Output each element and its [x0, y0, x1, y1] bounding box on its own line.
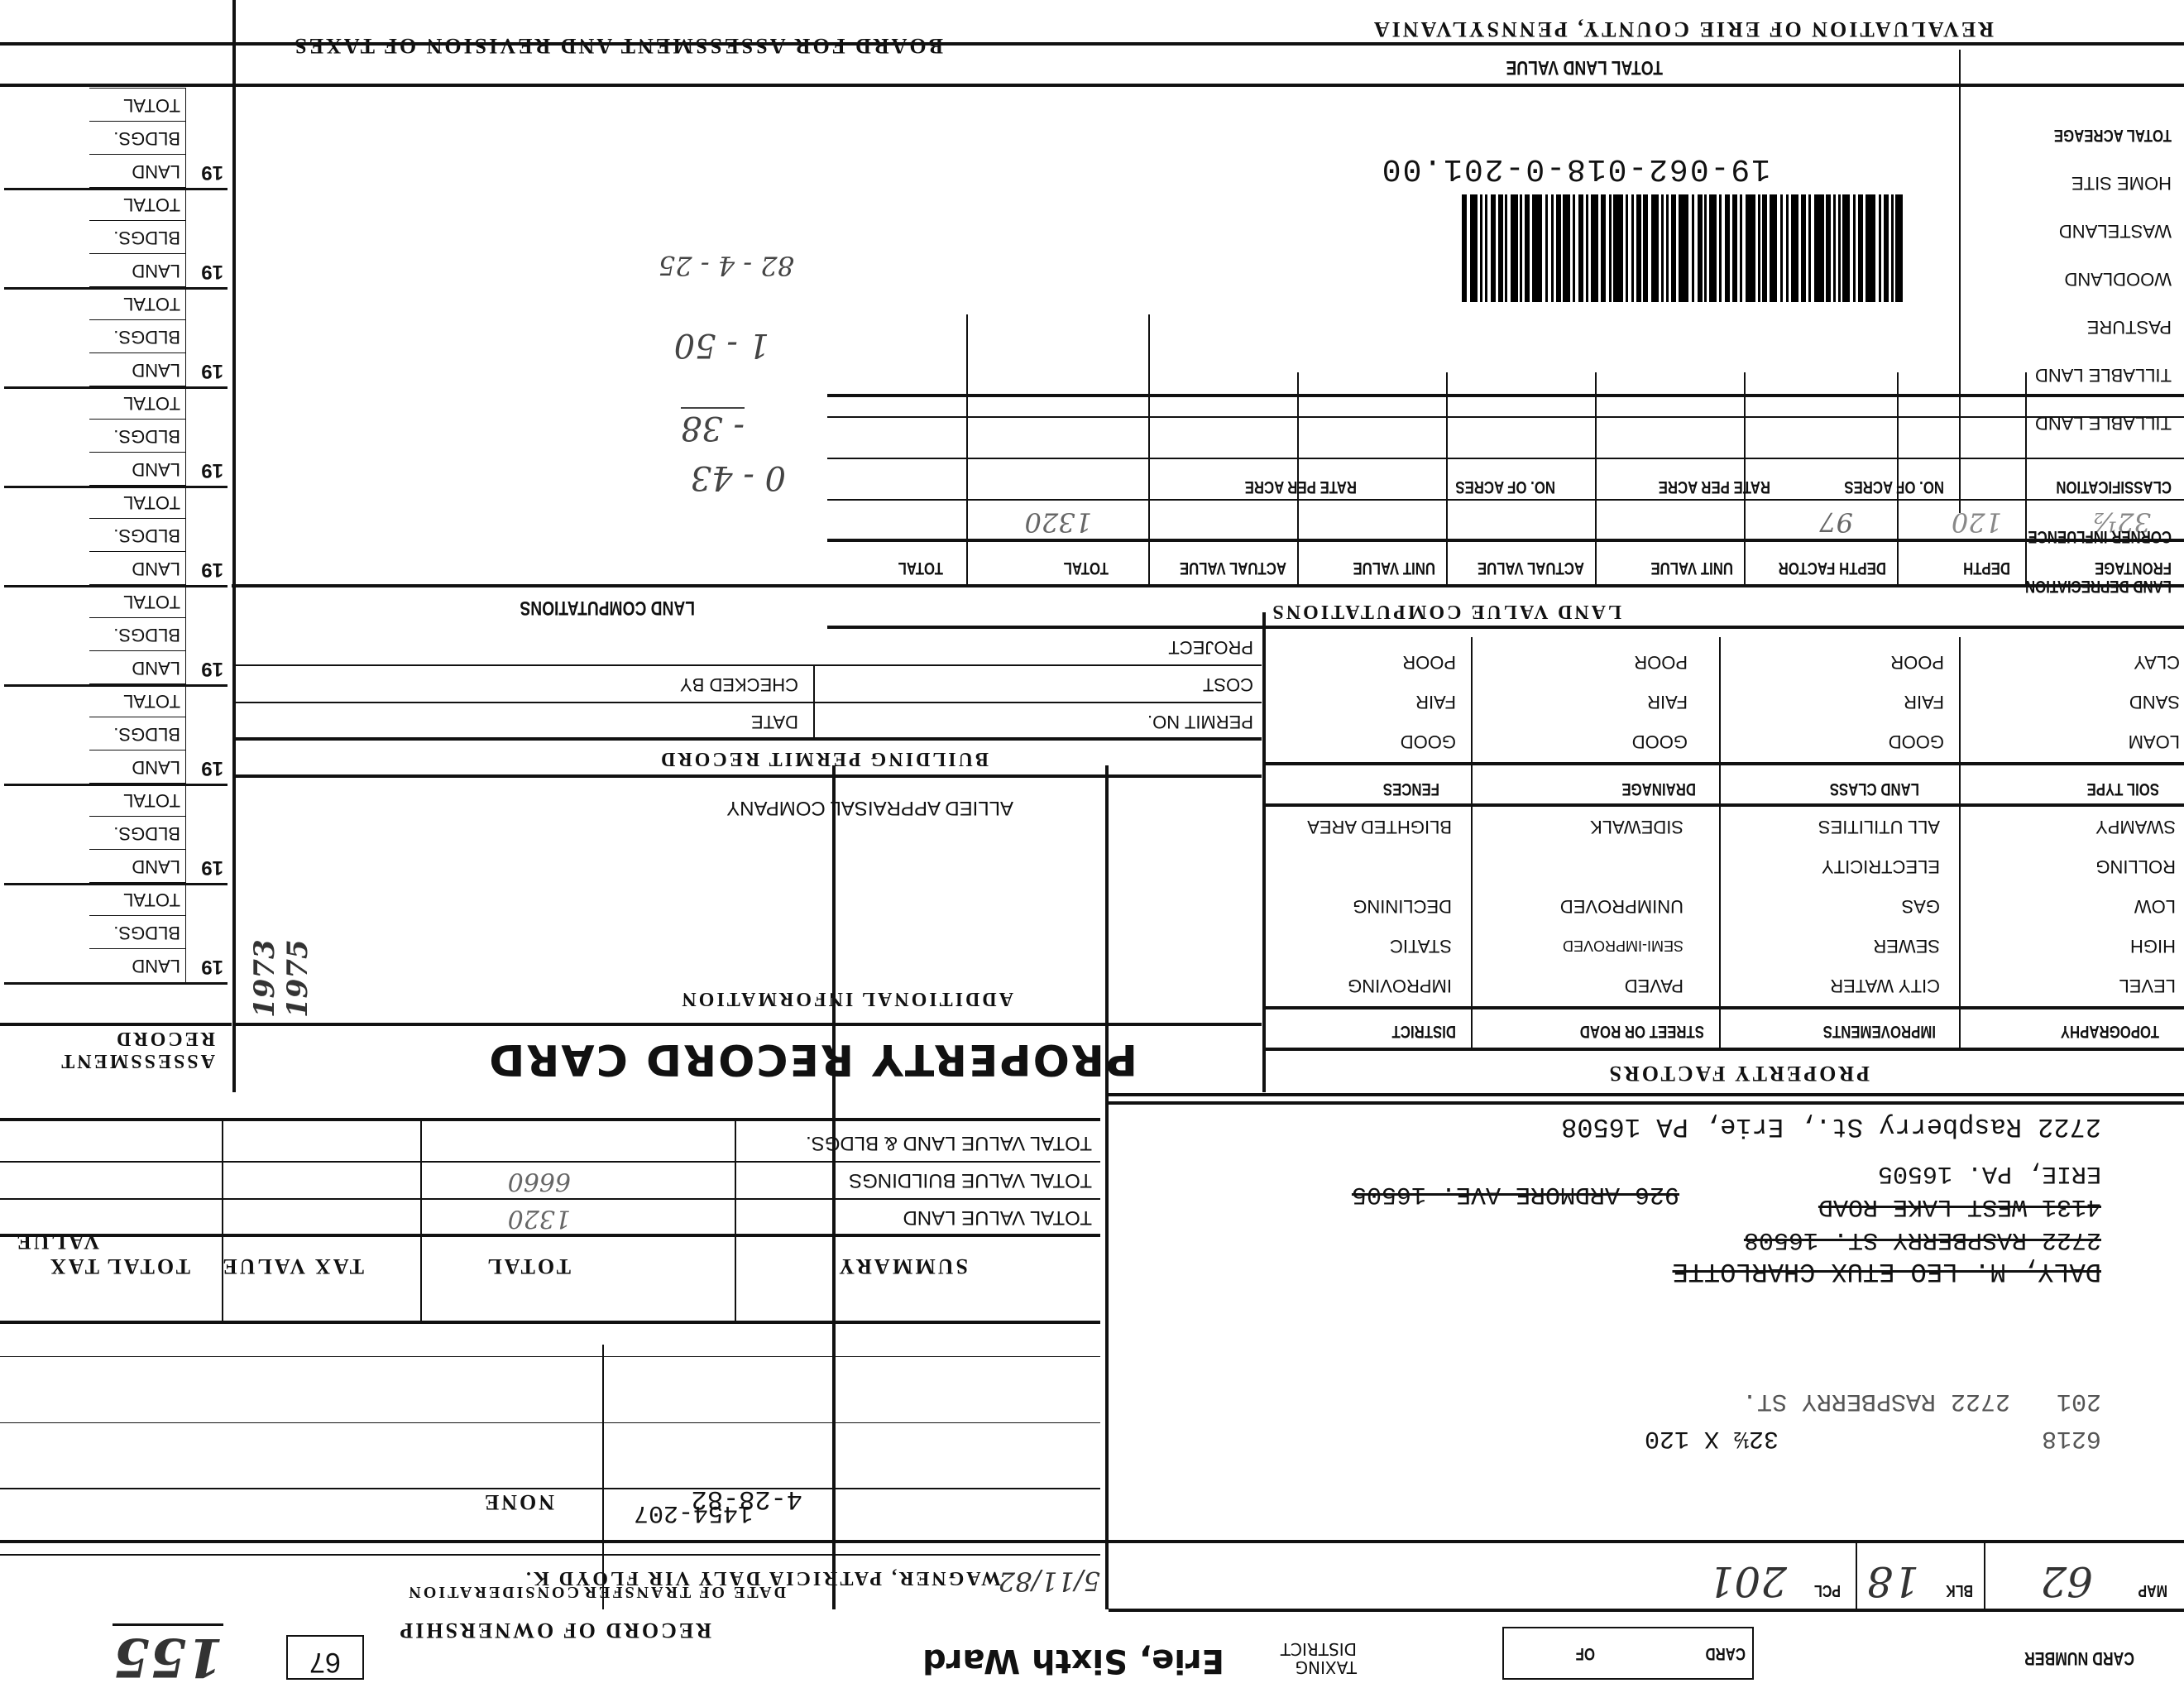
barcode-bar [1666, 194, 1669, 302]
assessment-row-label: LAND [89, 650, 186, 684]
pcl-value: 201 [1708, 1557, 1787, 1605]
taxing-district-value: Erie, Sixth Ward [922, 1642, 1224, 1680]
assessment-row-label: LAND [89, 551, 186, 585]
barcode-bar [1525, 194, 1530, 302]
barcode-bar [1833, 194, 1836, 302]
assessment-year-group: 19LANDBLDGS.TOTAL [4, 287, 227, 389]
assessment-row-label: LAND [89, 352, 186, 386]
barcode-bar [1709, 194, 1717, 302]
assessment-row-label: TOTAL [89, 783, 186, 817]
assessment-year-group: 19LANDBLDGS.TOTAL [4, 188, 227, 290]
card-number-label: CARD NUMBER [1997, 1649, 2134, 1667]
barcode-bar [1780, 194, 1783, 302]
barcode-bar [1520, 194, 1522, 302]
assessment-year-group: 19LANDBLDGS.TOTAL [4, 784, 227, 885]
assessment-row-label: TOTAL [89, 286, 186, 320]
land-computations: LAND COMPUTATIONS 0 - 43 - 38 1 - 50 82 … [232, 17, 827, 629]
owner-name-struck: DALY, M. LEO ETUX CHARLOTTE [1673, 1256, 2101, 1287]
summary-row-buildings: TOTAL VALUE BUILDINGS [849, 1168, 1092, 1192]
barcode-bar [1884, 194, 1889, 302]
barcode-bar [1586, 194, 1588, 302]
barcode-bar [1895, 194, 1903, 302]
barcode-bar [1853, 194, 1856, 302]
center-block: PROPERTY RECORD CARD ADDITIONAL INFORMAT… [236, 612, 1262, 1092]
assessment-year-group: 19LANDBLDGS.TOTAL [4, 386, 227, 488]
assessment-year-group: 19LANDBLDGS.TOTAL [4, 486, 227, 587]
barcode-bar [1814, 194, 1824, 302]
year-prefix: 19 [201, 558, 223, 581]
acreage-labels: TILLABLE LAND TILLABLE LAND PASTURE WOOD… [2024, 111, 2172, 447]
ownership-cols: DATE OF TRANSFER CONSIDERATION 4-28-82 N… [0, 1345, 827, 1609]
barcode-bar [1808, 194, 1811, 302]
barcode-bar [1498, 194, 1503, 302]
assessment-row-label: BLDGS. [89, 121, 186, 155]
barcode-bar [1643, 194, 1648, 302]
barcode-bar [1692, 194, 1694, 302]
barcode-bar [1480, 194, 1482, 302]
barcode-bar [1591, 194, 1598, 302]
assessment-row-label: LAND [89, 253, 186, 287]
barcode-bar [1791, 194, 1798, 302]
barcode-bar [1746, 194, 1755, 302]
barcode-bar [1613, 194, 1623, 302]
barcode-bar [1578, 194, 1583, 302]
owner-address-block: 6218 32½ X 120 201 2722 RASPBERRY ST. DA… [1117, 1109, 2151, 1539]
barcode-bar [1770, 194, 1777, 302]
barcode-bar [1636, 194, 1641, 302]
assessment-year-group: 19LANDBLDGS.TOTAL [4, 89, 227, 190]
parcel-id: 19-062-018-0-201.00 [1381, 151, 1770, 186]
current-address: 2722 Raspberry St., Erie, PA 16508 [1561, 1111, 2101, 1142]
card-header: CARD NUMBER CARD OF TAXING DISTRICT Erie… [0, 1614, 2184, 1688]
assessment-row-label: LAND [89, 452, 186, 486]
barcode-bar [1842, 194, 1850, 302]
barcode-bar [1651, 194, 1659, 302]
assessment-row-label: LAND [89, 750, 186, 784]
map-value: 62 [2040, 1557, 2093, 1605]
barcode-bar [1838, 194, 1841, 302]
summary-table: SUMMARY TOTAL TAX VALUE TOTAL TAX VALUE … [0, 1092, 1100, 1324]
barcode-bar [1601, 194, 1606, 302]
assessment-row-label: TOTAL [89, 882, 186, 916]
barcode-bar [1505, 194, 1507, 302]
barcode-bar [1545, 194, 1548, 302]
barcode-bar [1511, 194, 1518, 302]
assessment-row-label: BLDGS. [89, 717, 186, 750]
year-prefix: 19 [201, 955, 223, 978]
assessment-year-group: 19LANDBLDGS.TOTAL [4, 585, 227, 687]
year-prefix: 19 [201, 161, 223, 184]
assessment-row-label: LAND [89, 154, 186, 188]
barcode-bar [1631, 194, 1634, 302]
county-title: REVALUATION OF ERIE COUNTY, PENNSYLVANIA [1372, 17, 1994, 41]
barcode-bar [1679, 194, 1688, 302]
assessment-row-label: TOTAL [89, 485, 186, 519]
appraiser: ALLIED APPRAISAL COMPANY [726, 796, 1013, 819]
barcode-bar [1698, 194, 1703, 302]
barcode-bar [1661, 194, 1664, 302]
barcode-bar [1740, 194, 1742, 302]
assessment-row-label: BLDGS. [89, 617, 186, 651]
barcode-bar [1704, 194, 1707, 302]
handwritten-number: 155 [113, 1623, 223, 1688]
assessment-row-label: TOTAL [89, 584, 186, 618]
assessment-row-label: TOTAL [89, 386, 186, 420]
year-prefix: 19 [201, 458, 223, 482]
barcode-bar [1826, 194, 1831, 302]
assessment-year-1975: 1975 [281, 939, 314, 1018]
assessment-row-label: TOTAL [89, 187, 186, 221]
assessment-row-label: TOTAL [89, 683, 186, 717]
barcode-bar [1801, 194, 1806, 302]
barcode-bar [1879, 194, 1881, 302]
barcode-bar [1725, 194, 1730, 302]
card-title: PROPERTY RECORD CARD [487, 1034, 1137, 1084]
barcode-bar [1865, 194, 1875, 302]
barcode-bar [1609, 194, 1612, 302]
barcode-bar [1719, 194, 1722, 302]
card-of-box[interactable]: CARD OF [1502, 1627, 1754, 1680]
map-blk-pcl-row: MAP 62 BLK 18 PCL 201 [1109, 1543, 2184, 1609]
ownership-title: RECORD OF OWNERSHIP [397, 1618, 711, 1642]
assessment-row-label: BLDGS. [89, 419, 186, 453]
parcel-barcode: 19-062-018-0-201.00 [1241, 137, 1919, 302]
barcode-bar [1563, 194, 1570, 302]
barcode-bar [1573, 194, 1575, 302]
assessment-row-label: LAND [89, 849, 186, 883]
assessment-row-label: TOTAL [89, 88, 186, 122]
barcode-bar [1762, 194, 1767, 302]
assessment-year-group: 19LANDBLDGS.TOTAL [4, 883, 227, 985]
barcode-bar [1470, 194, 1478, 302]
assessment-row-label: BLDGS. [89, 816, 186, 850]
barcode-bar [1491, 194, 1496, 302]
depth-factor-value: 97 [1819, 506, 1853, 538]
barcode-bar [1858, 194, 1863, 302]
assessment-row-label: BLDGS. [89, 319, 186, 353]
year-prefix: 19 [201, 756, 223, 779]
year-prefix: 19 [201, 260, 223, 283]
assessment-row-label: BLDGS. [89, 518, 186, 552]
barcode-bar [1551, 194, 1554, 302]
property-factors: PROPERTY FACTORS TOPOGRAPHY IMPROVEMENTS… [1266, 629, 2184, 1092]
barcode-bar [1758, 194, 1760, 302]
barcode-bar [1626, 194, 1628, 302]
ownership-date-1: 5/11/82 [999, 1566, 1100, 1597]
barcode-bar [1732, 194, 1737, 302]
land-total-value: 1320 [1025, 506, 1092, 538]
barcode-bar [1556, 194, 1561, 302]
barcode-bar [1891, 194, 1894, 302]
barcode-bar [1462, 194, 1467, 302]
assessment-row-label: BLDGS. [89, 220, 186, 254]
ward-box: 67 [286, 1635, 364, 1680]
year-prefix: 19 [201, 657, 223, 680]
barcode-bar [1786, 194, 1789, 302]
assessment-row-label: BLDGS. [89, 915, 186, 949]
summary-row-land-bldgs: TOTAL VALUE LAND & BLDGS. [806, 1131, 1092, 1154]
assessment-year-1973: 1973 [248, 939, 281, 1018]
barcode-bar [1671, 194, 1676, 302]
summary-row-land: TOTAL VALUE LAND [903, 1206, 1092, 1229]
assessment-row-label: LAND [89, 948, 186, 982]
assessment-year-group: 19LANDBLDGS.TOTAL [4, 684, 227, 786]
blk-value: 18 [1866, 1557, 1919, 1605]
taxing-district-label: TAXING DISTRICT [1266, 1640, 1357, 1676]
barcode-bar [1532, 194, 1542, 302]
assessment-year-rows: 19LANDBLDGS.TOTAL19LANDBLDGS.TOTAL19LAND… [4, 41, 227, 985]
year-prefix: 19 [201, 359, 223, 382]
property-record-card: CARD NUMBER CARD OF TAXING DISTRICT Erie… [0, 0, 2184, 1688]
barcode-bar [1485, 194, 1487, 302]
year-prefix: 19 [201, 856, 223, 879]
